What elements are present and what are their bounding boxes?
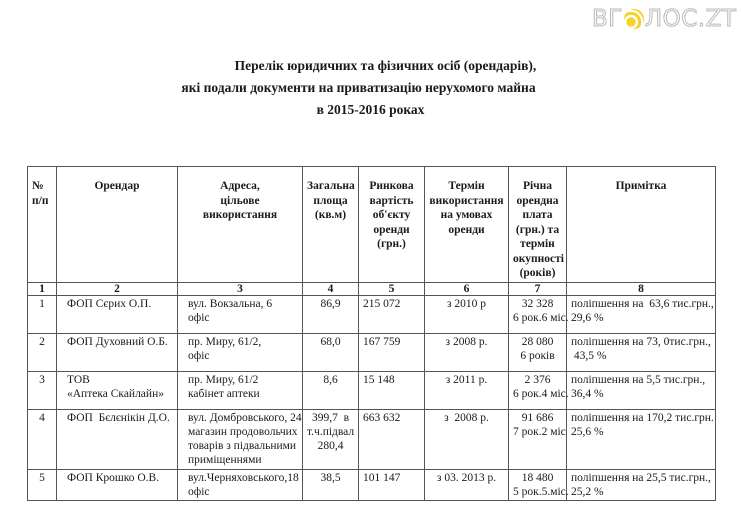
cell-annual-rent: 91 6867 рок.2 міс bbox=[509, 409, 567, 469]
logo-text-end: ЛОС.ZT bbox=[645, 6, 737, 32]
cell-market-value: 15 148 bbox=[359, 371, 425, 409]
column-number-cell: 3 bbox=[178, 282, 303, 295]
document-title-line-2: які подали документи на приватизацію нер… bbox=[0, 78, 729, 98]
header-area: Загальнаплоща(кв.м) bbox=[303, 167, 359, 283]
column-number-cell: 5 bbox=[359, 282, 425, 295]
header-note: Примітка bbox=[567, 167, 716, 283]
cell-annual-rent: 18 4805 рок.5.міс. bbox=[509, 469, 567, 500]
cell-term: з 2008 р. bbox=[425, 333, 509, 371]
column-number-cell: 7 bbox=[509, 282, 567, 295]
cell-note: поліпшення на 63,6 тис.грн.,29,6 % bbox=[567, 295, 716, 333]
cell-annual-rent: 2 3766 рок.4 міс. bbox=[509, 371, 567, 409]
cell-market-value: 215 072 bbox=[359, 295, 425, 333]
cell-tenant: ТОВ«Аптека Скайлайн» bbox=[57, 371, 178, 409]
cell-note: поліпшення на 25,5 тис.грн.,25,2 % bbox=[567, 469, 716, 500]
cell-area: 399,7 вт.ч.підвал280,4 bbox=[303, 409, 359, 469]
header-number: №п/п bbox=[28, 167, 57, 283]
header-tenant: Орендар bbox=[57, 167, 178, 283]
header-annual-rent: Річнаоренднаплата(грн.) татермінокупност… bbox=[509, 167, 567, 283]
cell-area: 68,0 bbox=[303, 333, 359, 371]
cell-market-value: 101 147 bbox=[359, 469, 425, 500]
cell-address: вул. Домбровського, 24магазин продовольч… bbox=[178, 409, 303, 469]
cell-address: вул.Черняховського,18офіс bbox=[178, 469, 303, 500]
cell-term: з 2008 р. bbox=[425, 409, 509, 469]
cell-note: поліпшення на 73, 0тис.грн., 43,5 % bbox=[567, 333, 716, 371]
cell-number: 2 bbox=[28, 333, 57, 371]
cell-term: з 2011 р. bbox=[425, 371, 509, 409]
cell-annual-rent: 28 0806 років bbox=[509, 333, 567, 371]
column-number-cell: 8 bbox=[567, 282, 716, 295]
cell-term: з 03. 2013 р. bbox=[425, 469, 509, 500]
table-header-row: №п/пОрендарАдреса,цільове використанняЗа… bbox=[28, 167, 716, 283]
document-title-line-1: Перелік юридичних та фізичних осіб (орен… bbox=[0, 56, 741, 76]
cell-number: 3 bbox=[28, 371, 57, 409]
radio-wave-icon bbox=[624, 9, 644, 29]
site-logo[interactable]: ВГ ЛОС.ZT bbox=[592, 4, 736, 34]
logo-text-start: ВГ bbox=[592, 6, 623, 32]
cell-market-value: 663 632 bbox=[359, 409, 425, 469]
cell-area: 86,9 bbox=[303, 295, 359, 333]
cell-annual-rent: 32 3286 рок.6 міс. bbox=[509, 295, 567, 333]
table-row: 5ФОП Крошко О.В.вул.Черняховського,18офі… bbox=[28, 469, 716, 500]
column-number-cell: 4 bbox=[303, 282, 359, 295]
document-title-line-3: в 2015-2016 роках bbox=[0, 100, 741, 120]
cell-address: пр. Миру, 61/2кабінет аптеки bbox=[178, 371, 303, 409]
tenants-table: №п/пОрендарАдреса,цільове використанняЗа… bbox=[27, 166, 716, 501]
cell-area: 38,5 bbox=[303, 469, 359, 500]
header-term: Термінвикористанняна умовахоренди bbox=[425, 167, 509, 283]
cell-tenant: ФОП Сєрих О.П. bbox=[57, 295, 178, 333]
cell-note: поліпшення на 170,2 тис.грн.25,6 % bbox=[567, 409, 716, 469]
table-row: 3ТОВ«Аптека Скайлайн»пр. Миру, 61/2кабін… bbox=[28, 371, 716, 409]
cell-number: 1 bbox=[28, 295, 57, 333]
table-row: 4ФОП Бєлєнікін Д.О.вул. Домбровського, 2… bbox=[28, 409, 716, 469]
header-market-value: Ринковавартістьоб'єктуоренди(грн.) bbox=[359, 167, 425, 283]
cell-address: вул. Вокзальна, 6офіс bbox=[178, 295, 303, 333]
cell-number: 4 bbox=[28, 409, 57, 469]
cell-address: пр. Миру, 61/2,офіс bbox=[178, 333, 303, 371]
cell-note: поліпшення на 5,5 тис.грн.,36,4 % bbox=[567, 371, 716, 409]
cell-number: 5 bbox=[28, 469, 57, 500]
column-number-cell: 6 bbox=[425, 282, 509, 295]
column-numbers-row: 12345678 bbox=[28, 282, 716, 295]
cell-area: 8,6 bbox=[303, 371, 359, 409]
cell-tenant: ФОП Духовний О.Б. bbox=[57, 333, 178, 371]
column-number-cell: 2 bbox=[57, 282, 178, 295]
column-number-cell: 1 bbox=[28, 282, 57, 295]
cell-term: з 2010 р bbox=[425, 295, 509, 333]
table-row: 1ФОП Сєрих О.П.вул. Вокзальна, 6офіс86,9… bbox=[28, 295, 716, 333]
cell-tenant: ФОП Крошко О.В. bbox=[57, 469, 178, 500]
table-row: 2ФОП Духовний О.Б.пр. Миру, 61/2,офіс68,… bbox=[28, 333, 716, 371]
header-address: Адреса,цільове використання bbox=[178, 167, 303, 283]
cell-tenant: ФОП Бєлєнікін Д.О. bbox=[57, 409, 178, 469]
cell-market-value: 167 759 bbox=[359, 333, 425, 371]
